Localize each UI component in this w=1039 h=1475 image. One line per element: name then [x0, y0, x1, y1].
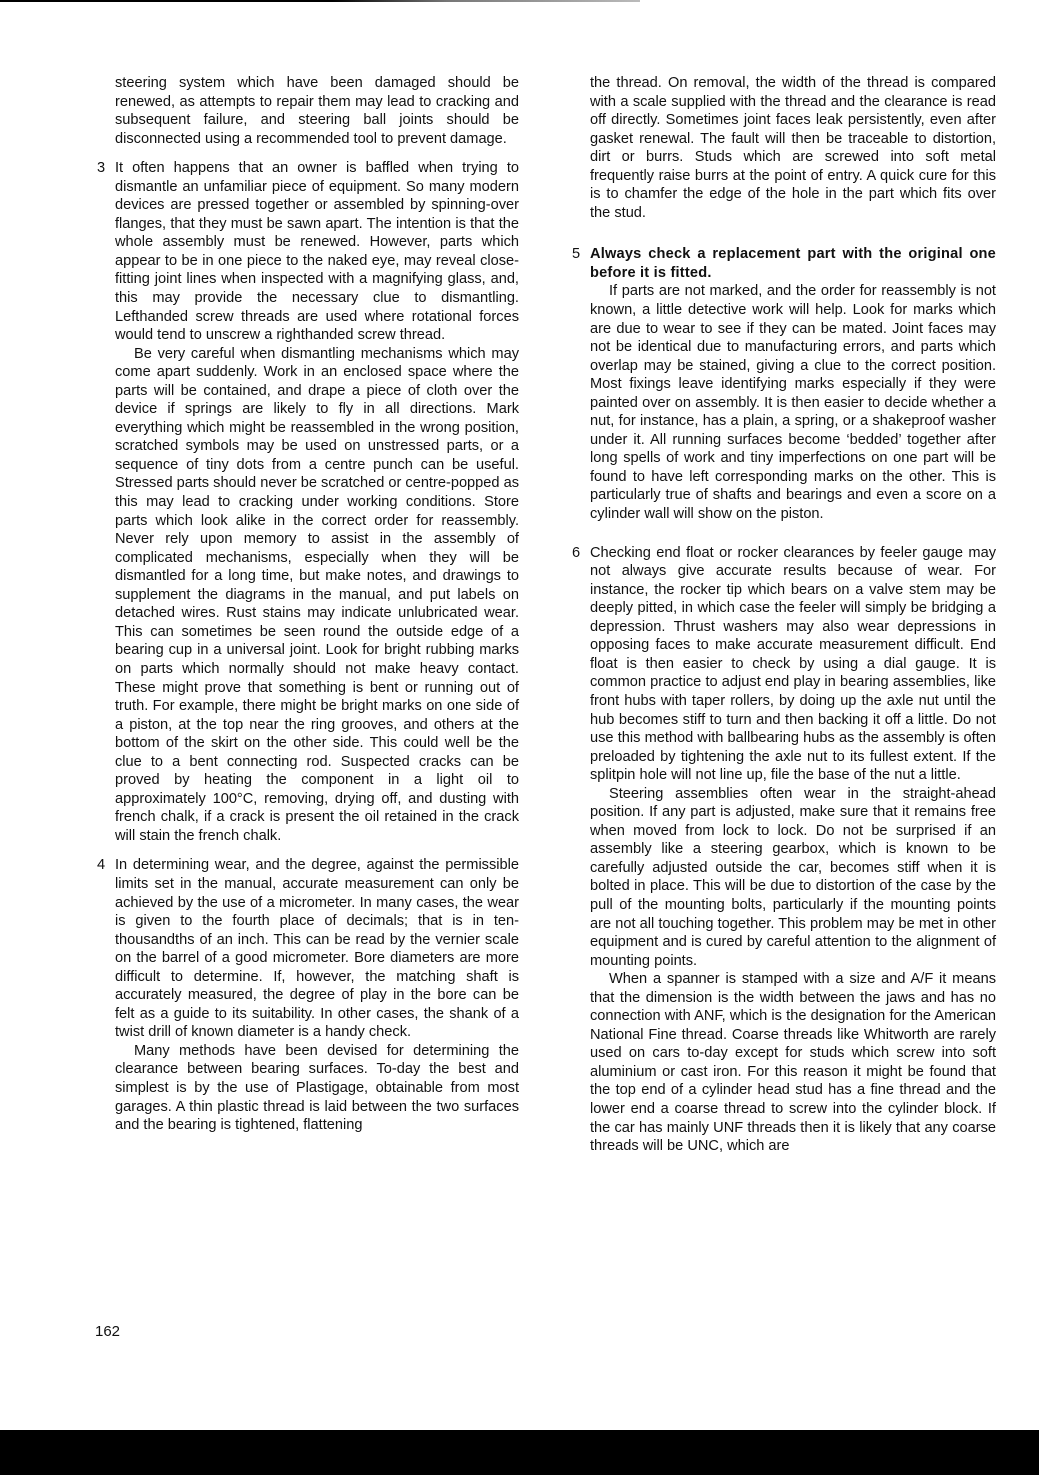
- item-number: 3: [97, 159, 109, 178]
- continuation-paragraph: steering system which have been damaged …: [115, 74, 519, 148]
- left-column: steering system which have been damaged …: [115, 74, 519, 1135]
- item-number: 6: [572, 544, 584, 563]
- paragraph: When a spanner is stamped with a size an…: [590, 970, 996, 1155]
- page-number: 162: [95, 1323, 120, 1340]
- paragraph: In determining wear, and the degree, aga…: [115, 856, 519, 1041]
- item-number: 5: [572, 245, 584, 264]
- paragraph: Be very careful when dismantling mechani…: [115, 345, 519, 846]
- paragraph: Checking end float or rocker clearances …: [590, 544, 996, 785]
- list-item-4: 4 In determining wear, and the degree, a…: [115, 856, 519, 1134]
- paragraph: Steering assemblies often wear in the st…: [590, 785, 996, 970]
- paragraph: Many methods have been devised for deter…: [115, 1042, 519, 1135]
- scan-edge-line: [0, 0, 640, 2]
- continuation-paragraph: the thread. On removal, the width of the…: [590, 74, 996, 222]
- paragraph: It often happens that an owner is baffle…: [115, 159, 519, 344]
- list-item-6: 6 Checking end float or rocker clearance…: [590, 544, 996, 1156]
- item-number: 4: [97, 856, 109, 875]
- paragraph: If parts are not marked, and the order f…: [590, 282, 996, 523]
- list-item-3: 3 It often happens that an owner is baff…: [115, 159, 519, 845]
- section-heading: Always check a replacement part with the…: [590, 245, 996, 282]
- list-item-5: 5 Always check a replacement part with t…: [590, 245, 996, 523]
- right-column: the thread. On removal, the width of the…: [590, 74, 996, 1156]
- scan-border-band: [0, 1430, 1039, 1475]
